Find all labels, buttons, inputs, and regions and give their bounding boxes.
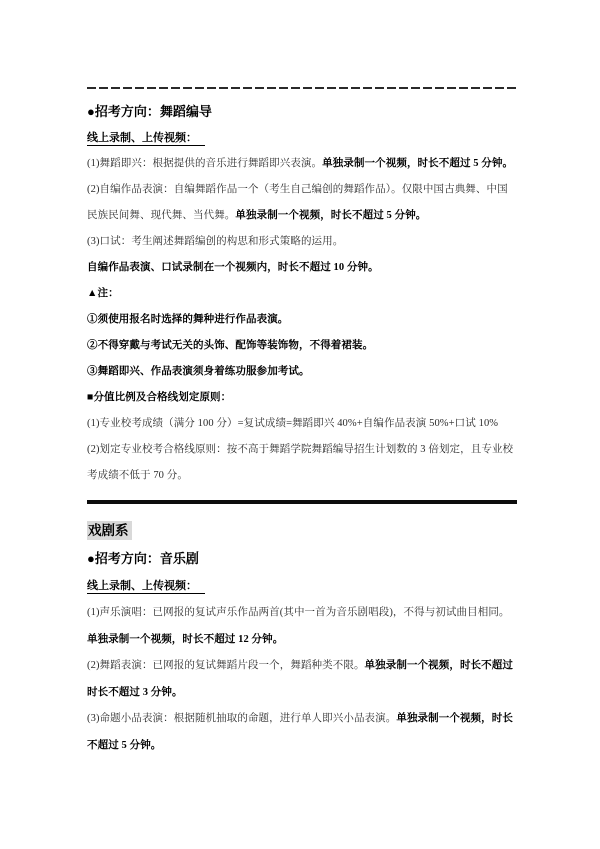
text-line: 时长不超过 3 分钟。 bbox=[87, 680, 517, 707]
direction-heading-musical: ●招考方向：音乐剧 bbox=[87, 545, 517, 573]
score-rule-heading: ■分值比例及合格线划定原则： bbox=[87, 385, 517, 411]
text-line: (3)命题小品表演：根据随机抽取的命题，进行单人即兴小品表演。单独录制一个视频，… bbox=[87, 706, 517, 733]
direction-heading-dance: ●招考方向：舞蹈编导 bbox=[87, 99, 517, 125]
document-page: ●招考方向：舞蹈编导 线上录制、上传视频： (1)舞蹈即兴：根据提供的音乐进行舞… bbox=[0, 0, 600, 849]
department-heading: 戏剧系 bbox=[87, 517, 517, 545]
text-line: (2)舞蹈表演：已网报的复试舞蹈片段一个，舞蹈种类不限。单独录制一个视频，时长不… bbox=[87, 653, 517, 680]
department-heading-label: 戏剧系 bbox=[87, 521, 132, 540]
score-formula-line: (1)专业校考成绩（满分 100 分）=复试成绩=舞蹈即兴 40%+自编作品表演… bbox=[87, 411, 517, 437]
note-item-3: ③舞蹈即兴、作品表演须身着练功服参加考试。 bbox=[87, 359, 517, 385]
text-line: 单独录制一个视频，时长不超过 12 分钟。 bbox=[87, 627, 517, 654]
text-line: (1)声乐演唱：已网报的复试声乐作品两首(其中一首为音乐剧唱段)，不得与初试曲目… bbox=[87, 600, 517, 627]
text-line: 不超过 5 分钟。 bbox=[87, 733, 517, 760]
text-line: 考成绩不低于 70 分。 bbox=[87, 463, 517, 489]
note-item-1: ①须使用报名时选择的舞种进行作品表演。 bbox=[87, 307, 517, 333]
upload-subheading-musical-label: 线上录制、上传视频： bbox=[87, 580, 205, 594]
text-line: (3)口试：考生阐述舞蹈编创的构思和形式策略的运用。 bbox=[87, 229, 517, 255]
upload-subheading-dance-label: 线上录制、上传视频： bbox=[87, 132, 205, 146]
document-content: ●招考方向：舞蹈编导 线上录制、上传视频： (1)舞蹈即兴：根据提供的音乐进行舞… bbox=[87, 0, 517, 759]
drama-section: 戏剧系 ●招考方向：音乐剧 线上录制、上传视频： (1)声乐演唱：已网报的复试声… bbox=[87, 517, 517, 759]
note-heading: ▲注： bbox=[87, 281, 517, 307]
text-line: (1)舞蹈即兴：根据提供的音乐进行舞蹈即兴表演。单独录制一个视频，时长不超过 5… bbox=[87, 151, 517, 177]
upload-subheading-dance: 线上录制、上传视频： bbox=[87, 125, 517, 151]
text-line: 自编作品表演、口试录制在一个视频内，时长不超过 10 分钟。 bbox=[87, 255, 517, 281]
text-line: (2)自编作品表演：自编舞蹈作品一个（考生自己编创的舞蹈作品）。仅限中国古典舞、… bbox=[87, 177, 517, 203]
dashed-page-divider bbox=[87, 87, 517, 89]
section-divider bbox=[87, 500, 517, 504]
note-item-2: ②不得穿戴与考试无关的头饰、配饰等装饰物，不得着裙装。 bbox=[87, 333, 517, 359]
upload-subheading-musical: 线上录制、上传视频： bbox=[87, 573, 517, 600]
text-line: (2)划定专业校考合格线原则：按不高于舞蹈学院舞蹈编导招生计划数的 3 倍划定，… bbox=[87, 437, 517, 463]
text-line: 民族民间舞、现代舞、当代舞。单独录制一个视频，时长不超过 5 分钟。 bbox=[87, 203, 517, 229]
